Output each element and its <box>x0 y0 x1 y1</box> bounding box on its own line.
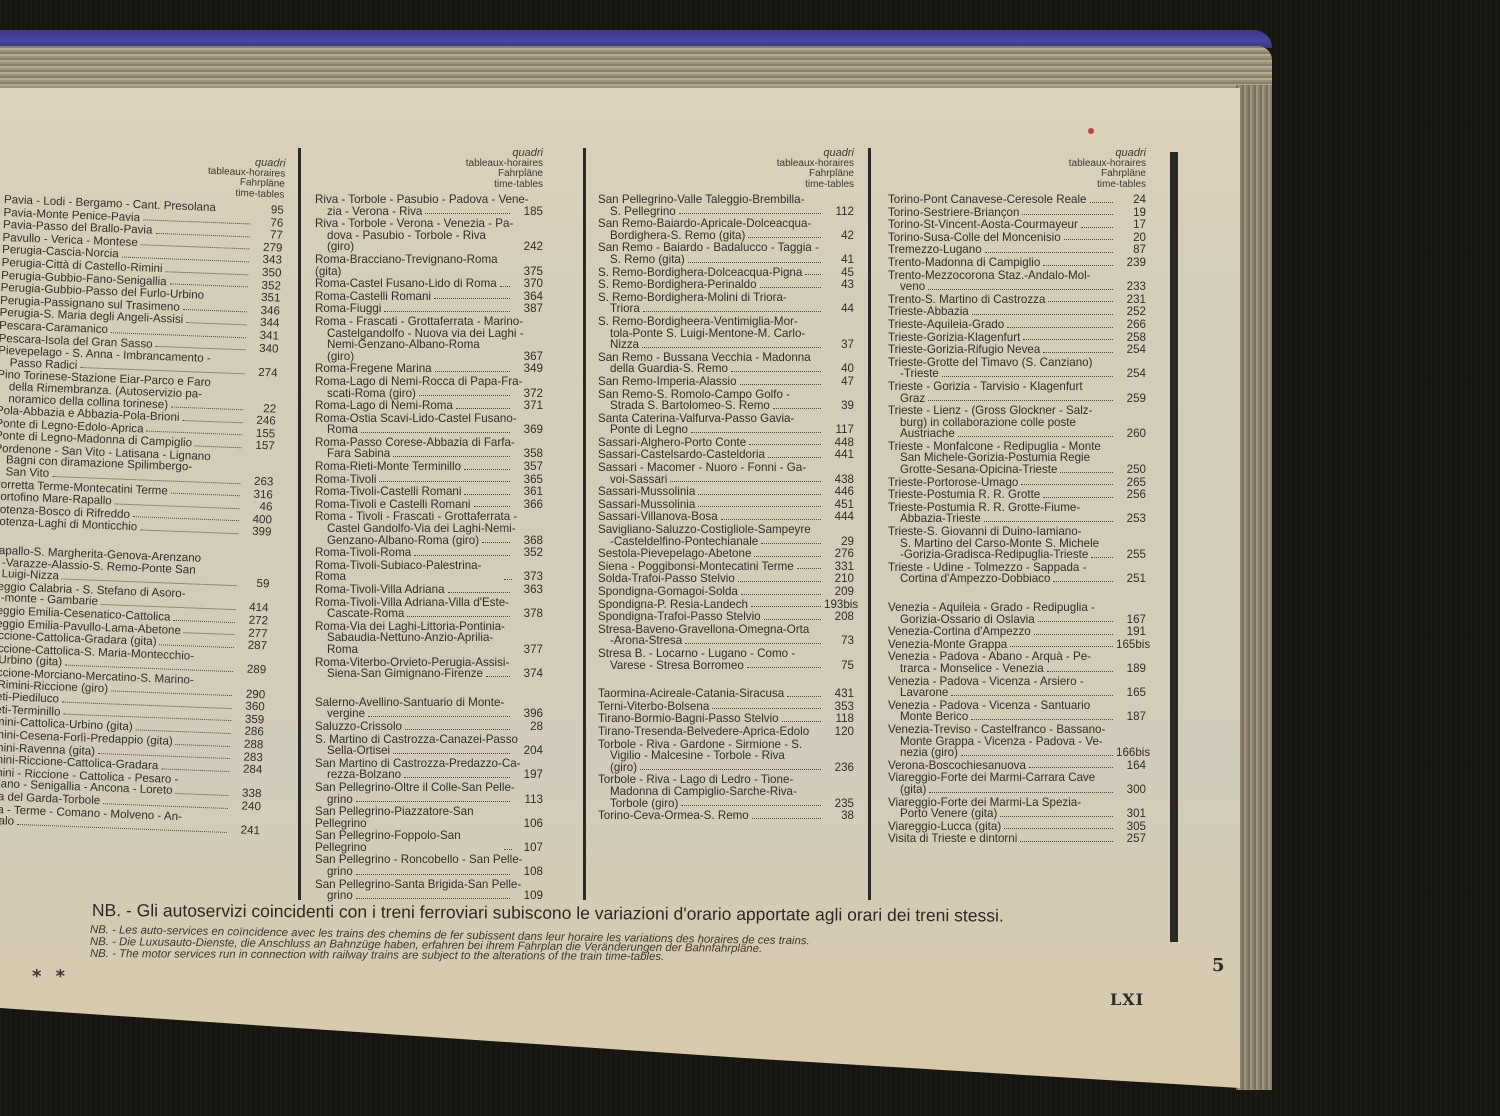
leader-dots <box>419 395 510 396</box>
timetable-number: 164 <box>1116 760 1146 772</box>
index-entry: Roma-Tivoli-Villa Adriana363 <box>315 584 543 596</box>
leader-dots <box>356 874 510 875</box>
leader-dots <box>1038 621 1113 622</box>
route-name: -Trieste <box>900 368 939 380</box>
index-entry: Trieste-Aquileia-Grado266 <box>888 319 1146 331</box>
leader-dots <box>712 708 821 709</box>
leader-dots <box>1043 265 1113 266</box>
leader-dots <box>161 768 229 772</box>
timetable-number: 438 <box>824 474 854 486</box>
index-entry: Savigliano-Saluzzo-Costigliole-Sampeyre-… <box>598 524 854 547</box>
index-entry: Trento-Mezzocorona Staz.-Andalo-Mol-veno… <box>888 270 1146 293</box>
route-name: Cortina d'Ampezzo-Dobbiaco <box>900 573 1050 585</box>
timetable-number: 43 <box>824 279 854 291</box>
timetable-number: 40 <box>824 363 854 375</box>
index-entry: Trieste-Grotte del Timavo (S. Canziano)-… <box>888 357 1146 380</box>
route-name: (gita) <box>900 784 926 796</box>
timetable-number: 250 <box>1116 464 1146 476</box>
route-name: Torbole (giro) <box>610 798 678 810</box>
index-entry: Torino-Ceva-Ormea-S. Remo38 <box>598 810 854 822</box>
timetable-number: 263 <box>243 475 273 488</box>
leader-dots <box>379 481 510 482</box>
leader-dots <box>448 592 510 593</box>
leader-dots <box>434 298 510 299</box>
route-name: Siena-San Gimignano-Firenze <box>327 668 483 680</box>
leader-dots <box>971 719 1113 720</box>
timetable-number: 283 <box>233 751 263 764</box>
leader-dots <box>1048 301 1113 302</box>
leader-dots <box>1022 214 1113 215</box>
timetable-number: 157 <box>245 440 275 453</box>
leader-dots <box>747 667 821 668</box>
index-entry: San Pellegrino-Valle Taleggio-Brembilla-… <box>598 194 854 217</box>
route-name: vergine <box>327 708 365 720</box>
index-entry: Roma-Castel Fusano-Lido di Roma370 <box>315 278 543 290</box>
leader-dots <box>958 436 1113 437</box>
section-gap <box>315 681 543 697</box>
index-entry: Torbole - Riva - Lago di Ledro - Tione-M… <box>598 774 854 809</box>
route-name: San Pellegrino-Foppolo-San Pellegrino <box>315 830 501 853</box>
timetable-number: 255 <box>1116 549 1146 561</box>
timetable-number: 352 <box>513 547 543 559</box>
route-name: Tremezzo-Lugano <box>888 244 982 256</box>
index-entry: Roma-Tivoli e Castelli Romani366 <box>315 499 543 511</box>
leader-dots <box>393 753 510 754</box>
route-name: Nemi-Genzano-Albano-Roma (giro) <box>327 339 501 362</box>
timetable-number: 451 <box>824 499 854 511</box>
leader-dots <box>642 347 821 348</box>
index-entry: Sassari-Mussolinia451 <box>598 499 854 511</box>
timetable-number: 301 <box>1116 808 1146 820</box>
leader-dots <box>1000 816 1113 817</box>
timetable-number: 414 <box>238 602 268 615</box>
leader-dots <box>435 371 510 372</box>
route-name: Roma <box>327 424 358 436</box>
timetable-number: 256 <box>1116 489 1146 501</box>
route-name: Abbazia-Trieste <box>900 513 981 525</box>
timetable-number: 368 <box>513 535 543 547</box>
timetable-number: 87 <box>1116 244 1146 256</box>
timetable-number: 363 <box>513 584 543 596</box>
route-name: Torino-St-Vincent-Aosta-Courmayeur <box>888 219 1078 231</box>
route-name: Roma-Castelli Romani <box>315 291 431 303</box>
timetable-number: 340 <box>248 342 278 355</box>
leader-dots <box>356 801 510 802</box>
leader-dots <box>504 849 512 850</box>
leader-dots <box>961 755 1113 756</box>
index-entry: San Remo - Baiardo - Badalucco - Taggia … <box>598 242 854 265</box>
route-name: -Gorizia-Gradisca-Redipuglia-Trieste <box>900 549 1088 561</box>
index-entry: Riva - Torbole - Pasubio - Padova - Vene… <box>315 194 543 217</box>
timetable-number: 106 <box>517 818 543 830</box>
timetable-number: 284 <box>232 763 262 776</box>
route-name: -Arona-Stresa <box>610 635 682 647</box>
route-name: Terni-Viterbo-Bolsena <box>598 701 709 713</box>
timetable-number: 28 <box>513 721 543 733</box>
leader-dots <box>425 213 510 214</box>
leader-dots <box>1023 339 1113 340</box>
index-entry: Santa Caterina-Valfurva-Passo Gavia-Pont… <box>598 413 854 436</box>
leader-dots <box>752 818 821 819</box>
index-entry: San Remo-S. Romolo-Campo Golfo -Strada S… <box>598 389 854 412</box>
index-entry: Trento-Madonna di Campiglio239 <box>888 257 1146 269</box>
column-header-line: quadri <box>598 148 854 159</box>
timetable-number: 209 <box>824 586 854 598</box>
route-name: Porto Venere (gita) <box>900 808 997 820</box>
timetable-number: 367 <box>515 351 543 363</box>
leader-dots <box>688 262 821 263</box>
route-name: -Casteldelfino-Pontechianale <box>610 536 758 548</box>
route-name: Cascate-Roma <box>327 608 404 620</box>
route-name: Ponte di Legno <box>610 424 688 436</box>
route-name: Sassari-Alghero-Porto Conte <box>598 437 746 449</box>
timetable-number: 112 <box>824 206 854 218</box>
timetable-number: 373 <box>515 571 543 583</box>
leader-dots <box>749 444 821 445</box>
index-entry: Roma-Tivoli-Subiaco-Palestrina-Roma373 <box>315 560 543 583</box>
timetable-number: 344 <box>249 317 279 330</box>
asterisks-mark: * * <box>32 966 69 987</box>
index-entry: Trieste - Gorizia - Tarvisio - Klagenfur… <box>888 381 1146 404</box>
column-header: quadritableaux-horairesFahrplänetime-tab… <box>888 148 1146 190</box>
timetable-number: 45 <box>824 267 854 279</box>
index-entry: Sassari-Alghero-Porto Conte448 <box>598 437 854 449</box>
leader-dots <box>500 286 510 287</box>
timetable-number: 246 <box>246 415 276 428</box>
leader-dots <box>1034 634 1113 635</box>
index-column-3: quadritableaux-horairesFahrplänetime-tab… <box>598 148 854 823</box>
column-header: quadritableaux-horairesFahrplänetime-tab… <box>315 148 543 190</box>
timetable-number: 400 <box>242 513 272 526</box>
timetable-number: 118 <box>824 713 854 725</box>
index-entry: S. Remo-Bordighera-Dolceacqua-Pigna45 <box>598 267 854 279</box>
timetable-number: 252 <box>1116 306 1146 318</box>
index-entry: Roma-Tivoli-Villa Adriana-Villa d'Este-C… <box>315 597 543 620</box>
index-entry: Tirano-Tresenda-Belvedere-Aprica-Edolo12… <box>598 726 854 738</box>
route-name: Roma-Tivoli e Castelli Romani <box>315 499 471 511</box>
leader-dots <box>761 543 821 544</box>
column-header-line: time-tables <box>315 180 543 191</box>
leader-dots <box>474 506 511 507</box>
timetable-number: 286 <box>234 726 264 739</box>
timetable-number: 17 <box>1116 219 1146 231</box>
timetable-number: 257 <box>1116 833 1146 845</box>
column-header-line: Fahrpläne <box>888 169 1146 180</box>
route-name: Graz <box>900 393 925 405</box>
timetable-number: 448 <box>824 437 854 449</box>
leader-dots <box>741 594 821 595</box>
leader-dots <box>171 407 243 411</box>
leader-dots <box>754 556 821 557</box>
route-name: Roma-Tivoli-Roma <box>315 547 411 559</box>
route-name: Trieste-Gorizia-Klagenfurt <box>888 332 1020 344</box>
index-entry: Viareggio-Lucca (gita)305 <box>888 821 1146 833</box>
timetable-number: 251 <box>1116 573 1146 585</box>
timetable-number: 353 <box>824 701 854 713</box>
timetable-number: 29 <box>824 536 854 548</box>
index-entry: San Pellegrino-Santa Brigida-San Pelle-g… <box>315 879 543 902</box>
leader-dots <box>407 616 510 617</box>
index-entry: Roma-Via dei Laghi-Littoria-Pontinia-Sab… <box>315 621 543 656</box>
index-entry: Siena - Poggibonsi-Montecatini Terme331 <box>598 561 854 573</box>
timetable-number: 242 <box>515 241 543 253</box>
timetable-number: 233 <box>1116 281 1146 293</box>
timetable-number: 446 <box>824 486 854 498</box>
index-entry: Venezia-Monte Grappa165bis <box>888 639 1146 651</box>
leader-dots <box>171 493 240 497</box>
timetable-number: 189 <box>1116 663 1146 675</box>
route-name: Roma-Tivoli-Castelli Romani <box>315 486 461 498</box>
timetable-number: 191 <box>1116 626 1146 638</box>
route-name: voi-Sassari <box>610 474 667 486</box>
timetable-number: 287 <box>237 639 267 652</box>
index-entry: Saluzzo-Crissolo28 <box>315 721 543 733</box>
route-name: Triora <box>610 303 640 315</box>
column-header-line: Fahrpläne <box>315 169 543 180</box>
index-entry: Trieste - Udine - Tolmezzo - Sappada -Co… <box>888 562 1146 585</box>
leader-dots <box>1021 484 1113 485</box>
leader-dots <box>782 721 821 722</box>
leader-dots <box>942 376 1113 377</box>
timetable-number: 22 <box>246 402 276 415</box>
index-entry: Torbole - Riva - Gardone - Sirmione - S.… <box>598 739 854 774</box>
index-entry: Trieste-Gorizia-Klagenfurt258 <box>888 332 1146 344</box>
leader-dots <box>797 568 821 569</box>
index-entry: Sassari - Macomer - Nuoro - Fonni - Ga-v… <box>598 462 854 485</box>
route-name: S. Remo-Bordighera-Dolceacqua-Pigna <box>598 267 802 279</box>
timetable-number: 210 <box>824 573 854 585</box>
route-name: Trieste-Portorose-Umago <box>888 477 1018 489</box>
leader-dots <box>361 432 510 433</box>
index-entry: Roma-Tivoli-Roma352 <box>315 547 543 559</box>
timetable-number: 272 <box>238 614 268 627</box>
route-name: Roma-Lago di Nemi-Roma <box>315 400 453 412</box>
timetable-number: 113 <box>513 794 543 806</box>
index-entry: Sestola-Pievepelago-Abetone276 <box>598 548 854 560</box>
timetable-number: 444 <box>824 511 854 523</box>
route-name: Gorizia-Ossario di Oslavia <box>900 614 1035 626</box>
index-entry: Viareggio-Forte dei Marmi-La Spezia-Port… <box>888 797 1146 820</box>
timetable-number: 374 <box>513 668 543 680</box>
timetable-number: 266 <box>1116 319 1146 331</box>
index-entry: Roma-Fiuggi387 <box>315 303 543 315</box>
leader-dots <box>184 632 235 635</box>
timetable-number: 378 <box>513 608 543 620</box>
index-entry: Torino-Susa-Colle del Moncenisio20 <box>888 232 1146 244</box>
leader-dots <box>740 384 821 385</box>
route-name: Nizza <box>610 339 639 351</box>
index-entry: Spondigna-Gomagoi-Solda209 <box>598 586 854 598</box>
index-entry: Trieste-Portorose-Umago265 <box>888 477 1146 489</box>
route-name: Trento-Madonna di Campiglio <box>888 257 1040 269</box>
index-entry: San Pellegrino-Oltre il Colle-San Pelle-… <box>315 782 543 805</box>
timetable-number: 204 <box>513 745 543 757</box>
leader-dots <box>1091 557 1113 558</box>
index-entry: S. Remo-Bordighera-Perinaldo43 <box>598 279 854 291</box>
route-name: grino <box>327 794 353 806</box>
leader-dots <box>768 457 821 458</box>
index-entry: Trento-S. Martino di Castrozza231 <box>888 294 1146 306</box>
index-entry: Trieste-Postumia R. R. Grotte256 <box>888 489 1146 501</box>
timetable-number: 399 <box>241 526 271 539</box>
leader-dots <box>928 400 1113 401</box>
timetable-number: 75 <box>824 660 854 672</box>
timetable-number: 361 <box>513 486 543 498</box>
route-name: Roma-Fiuggi <box>315 303 381 315</box>
timetable-number: 187 <box>1116 711 1146 723</box>
timetable-number: 369 <box>513 424 543 436</box>
thumb-index-bar <box>1170 152 1178 942</box>
index-entry: Trieste-Gorizia-Rifugio Nevea254 <box>888 344 1146 356</box>
roman-page-number: LXI <box>1110 990 1144 1009</box>
leader-dots <box>1043 497 1113 498</box>
timetable-number: 338 <box>231 787 261 800</box>
leader-dots <box>1007 327 1113 328</box>
route-name: della Guardia-S. Remo <box>610 363 728 375</box>
timetable-number: 185 <box>513 206 543 218</box>
index-entry: San Pellegrino-Piazzatore-San Pellegrino… <box>315 806 543 829</box>
index-entry: Venezia - Aquileia - Grado - Redipuglia … <box>888 602 1146 625</box>
timetable-number: 254 <box>1116 368 1146 380</box>
timetable-number: 371 <box>513 400 543 412</box>
timetable-number: 260 <box>1116 428 1146 440</box>
leader-dots <box>183 309 247 312</box>
route-name: Verona-Boscochiesanuova <box>888 760 1026 772</box>
index-entry: Venezia - Padova - Vicenza - Arsiero -La… <box>888 676 1146 699</box>
leader-dots <box>1010 646 1113 647</box>
leader-dots <box>173 619 235 622</box>
index-entry: Viareggio-Forte dei Marmi-Carrara Cave(g… <box>888 772 1146 795</box>
index-entry: Roma-Rieti-Monte Terminillo357 <box>315 461 543 473</box>
leader-dots <box>738 581 821 582</box>
leader-dots <box>1047 671 1113 672</box>
leader-dots <box>698 506 821 507</box>
route-name: Roma-Tivoli-Villa Adriana <box>315 584 445 596</box>
timetable-number: 341 <box>249 329 279 342</box>
index-entry: Trieste-Postumia R. R. Grotte-Fiume-Abba… <box>888 502 1146 525</box>
leader-dots <box>1043 352 1113 353</box>
index-entry: Trieste - Lienz - (Gross Glockner - Salz… <box>888 405 1146 440</box>
index-entry: Spondigna-P. Resia-Landech193bis <box>598 599 854 611</box>
column-header-line: quadri <box>315 148 543 159</box>
timetable-number: 300 <box>1116 784 1146 796</box>
index-entry: Torino-Pont Canavese-Ceresole Reale24 <box>888 194 1146 206</box>
route-name: zia - Verona - Riva <box>327 206 422 218</box>
route-name: Roma-Tivoli-Subiaco-Palestrina-Roma <box>315 560 501 583</box>
timetable-number: 47 <box>824 376 854 388</box>
column-header-line: quadri <box>888 148 1146 159</box>
index-entry: Trieste-Abbazia252 <box>888 306 1146 318</box>
leader-dots <box>805 274 821 275</box>
leader-dots <box>643 311 821 312</box>
leader-dots <box>929 792 1113 793</box>
index-entry: Roma-Lago di Nemi-Roma371 <box>315 400 543 412</box>
timetable-number: 44 <box>824 303 854 315</box>
timetable-number: 259 <box>1116 393 1146 405</box>
timetable-number: 107 <box>515 842 543 854</box>
index-entry: Roma-Viterbo-Orvieto-Perugia-Assisi-Sien… <box>315 657 543 680</box>
index-entry: Terni-Viterbo-Bolsena353 <box>598 701 854 713</box>
index-entry: San Remo-Imperia-Alassio47 <box>598 376 854 388</box>
index-entry: Salerno-Avellino-Santuario di Monte-verg… <box>315 697 543 720</box>
column-header-line: time-tables <box>598 180 854 191</box>
leader-dots <box>1081 227 1113 228</box>
route-name: Siena - Poggibonsi-Montecatini Terme <box>598 561 794 573</box>
route-name: Lavarone <box>900 687 948 699</box>
leader-dots <box>985 252 1113 253</box>
leader-dots <box>170 284 248 288</box>
timetable-number: 165bis <box>1116 639 1146 651</box>
route-name: Spondigna-P. Resia-Landech <box>598 599 748 611</box>
timetable-number: 331 <box>824 561 854 573</box>
timetable-number: 279 <box>252 241 282 254</box>
index-entry: Verona-Boscochiesanuova164 <box>888 760 1146 772</box>
route-name: Varese - Stresa Borromeo <box>610 660 744 672</box>
index-entry: Solda-Trafoi-Passo Stelvio210 <box>598 573 854 585</box>
index-entry: Torino-St-Vincent-Aosta-Courmayeur17 <box>888 219 1146 231</box>
leader-dots <box>140 529 238 534</box>
index-entry: Torino-Sestriere-Briançon19 <box>888 207 1146 219</box>
leader-dots <box>1060 472 1113 473</box>
timetable-number: 109 <box>513 890 543 902</box>
timetable-number: 42 <box>824 230 854 242</box>
timetable-number: 357 <box>513 461 543 473</box>
leader-dots <box>404 777 510 778</box>
column-header-line: time-tables <box>888 180 1146 191</box>
timetable-number: 208 <box>824 611 854 623</box>
route-name: San Pellegrino-Piazzatore-San Pellegrino <box>315 806 503 829</box>
timetable-number: 24 <box>1116 194 1146 206</box>
route-name: Saluzzo-Crissolo <box>315 721 402 733</box>
route-name: Austriache <box>900 428 955 440</box>
index-entry: Visita di Trieste e dintorni257 <box>888 833 1146 845</box>
leader-dots <box>356 898 510 899</box>
index-entry: Roma-Ostia Scavi-Lido-Castel Fusano-Roma… <box>315 413 543 436</box>
route-name: Trieste-Abbazia <box>888 306 969 318</box>
leader-dots <box>928 289 1113 290</box>
column-header: quadritableaux-horairesFahrplänetime-tab… <box>598 148 854 190</box>
route-name: Tirano-Tresenda-Belvedere-Aprica-Edolo <box>598 726 809 738</box>
route-name: Trieste-Postumia R. R. Grotte <box>888 489 1040 501</box>
timetable-number: 120 <box>824 726 854 738</box>
timetable-number: 240 <box>231 800 261 813</box>
index-entry: Venezia-Cortina d'Ampezzo191 <box>888 626 1146 638</box>
leader-dots <box>195 445 242 448</box>
route-name: dova - Pasubio - Torbole - Riva (giro) <box>327 230 501 253</box>
page-stack-side <box>1236 85 1272 1090</box>
index-entry: San Remo - Bussana Vecchia - Madonnadell… <box>598 352 854 375</box>
route-name: Sassari-Mussolinia <box>598 486 695 498</box>
timetable-number: 20 <box>1116 232 1146 244</box>
leader-dots <box>681 805 821 806</box>
index-entry: Venezia-Treviso - Castelfranco - Bassano… <box>888 724 1146 759</box>
route-name: Roma-Fregene Marina <box>315 363 432 375</box>
timetable-number: 377 <box>516 644 543 656</box>
route-name: Trieste-Aquileia-Grado <box>888 319 1004 331</box>
leader-dots <box>760 287 821 288</box>
leader-dots <box>384 311 510 312</box>
timetable-number: 59 <box>239 578 269 591</box>
index-entry: Roma - Frascati - Grottaferrata - Marino… <box>315 316 543 362</box>
leader-dots <box>787 696 821 697</box>
route-name: nezia (giro) <box>900 747 958 759</box>
leader-dots <box>670 481 821 482</box>
route-name: Solda-Trafoi-Passo Stelvio <box>598 573 735 585</box>
leader-dots <box>984 521 1113 522</box>
timetable-number: 365 <box>513 474 543 486</box>
timetable-number: 431 <box>824 688 854 700</box>
timetable-number: 358 <box>513 448 543 460</box>
